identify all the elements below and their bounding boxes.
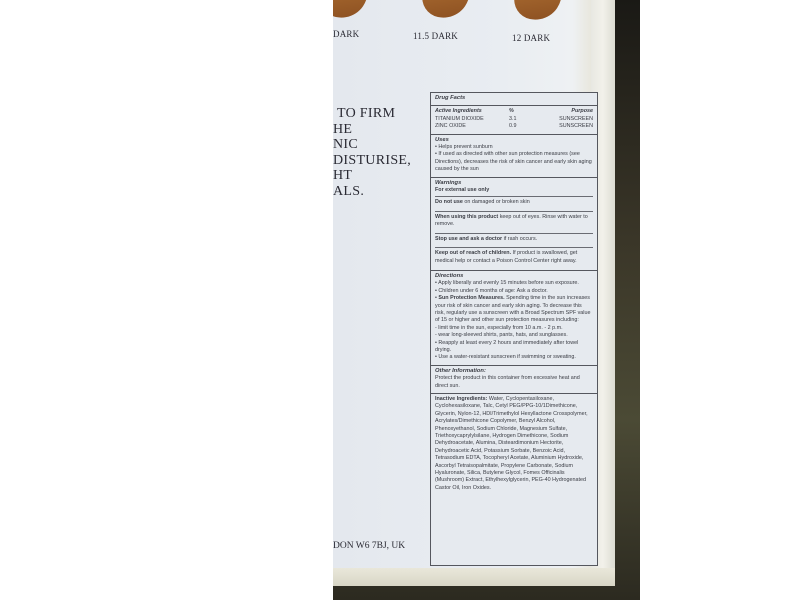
shade-label: 11.5 DARK (413, 31, 458, 41)
active-ingredient-row: ZINC OXIDE 0.9 SUNSCREEN (435, 123, 593, 130)
tagline-line: HT (333, 168, 411, 184)
active-ingredients-header: Active Ingredients % Purpose (435, 108, 593, 115)
tagline-line: HE (333, 122, 411, 138)
uses-section: Uses Helps prevent sunburn If used as di… (431, 135, 597, 178)
warnings-section: Warnings For external use only Do not us… (431, 178, 597, 271)
warning-stop-use: Stop use and ask a doctor if rash occurs… (435, 233, 593, 245)
directions-item: Use a water-resistant sunscreen if swimm… (435, 354, 593, 361)
box-bottom-edge (333, 568, 615, 586)
uses-item: Helps prevent sunburn (435, 144, 593, 151)
warning-keep-out: Keep out of reach of children. If produc… (435, 247, 593, 267)
shade-label: 12 DARK (512, 33, 550, 43)
directions-item: wear long-sleeved shirts, pants, hats, a… (435, 332, 593, 339)
drug-facts-header: Drug Facts (431, 93, 597, 106)
tagline-line: NIC (333, 137, 411, 153)
directions-item: Children under 6 months of age: Ask a do… (435, 288, 593, 295)
directions-item: limit time in the sun, especially from 1… (435, 325, 593, 332)
directions-section: Directions Apply liberally and evenly 15… (431, 271, 597, 366)
shade-swatch (419, 0, 470, 22)
tagline-line: DISTURISE, (333, 153, 411, 169)
active-ingredient-row: TITANIUM DIOXIDE 3.1 SUNSCREEN (435, 116, 593, 123)
shade-swatch (511, 0, 562, 24)
drug-facts-panel: Drug Facts Active Ingredients % Purpose … (430, 92, 598, 566)
drug-facts-title: Drug Facts (435, 95, 593, 102)
tagline-line: ALS. (333, 184, 411, 200)
product-box-photo: DARK 11.5 DARK 12 DARK TO FIRM HE NIC DI… (333, 0, 640, 600)
other-information-section: Other Information: Protect the product i… (431, 366, 597, 394)
directions-item: Reapply at least every 2 hours and immed… (435, 340, 593, 355)
active-ingredients-section: Active Ingredients % Purpose TITANIUM DI… (431, 106, 597, 134)
directions-item: Sun Protection Measures. Spending time i… (435, 295, 593, 325)
directions-item: Apply liberally and evenly 15 minutes be… (435, 280, 593, 287)
warning-do-not-use: Do not use on damaged or broken skin (435, 196, 593, 208)
uses-item: If used as directed with other sun prote… (435, 151, 593, 173)
product-tagline: TO FIRM HE NIC DISTURISE, HT ALS. (333, 106, 411, 199)
inactive-ingredients-section: Inactive Ingredients: Water, Cyclopentas… (431, 394, 597, 495)
product-box: DARK 11.5 DARK 12 DARK TO FIRM HE NIC DI… (333, 0, 615, 586)
warning-when-using: When using this product keep out of eyes… (435, 211, 593, 231)
tagline-line: TO FIRM (333, 106, 411, 122)
shade-swatch (333, 0, 367, 22)
company-address: DON W6 7BJ, UK (333, 541, 405, 551)
warning-external: For external use only (435, 187, 593, 194)
shade-label: DARK (333, 29, 359, 39)
